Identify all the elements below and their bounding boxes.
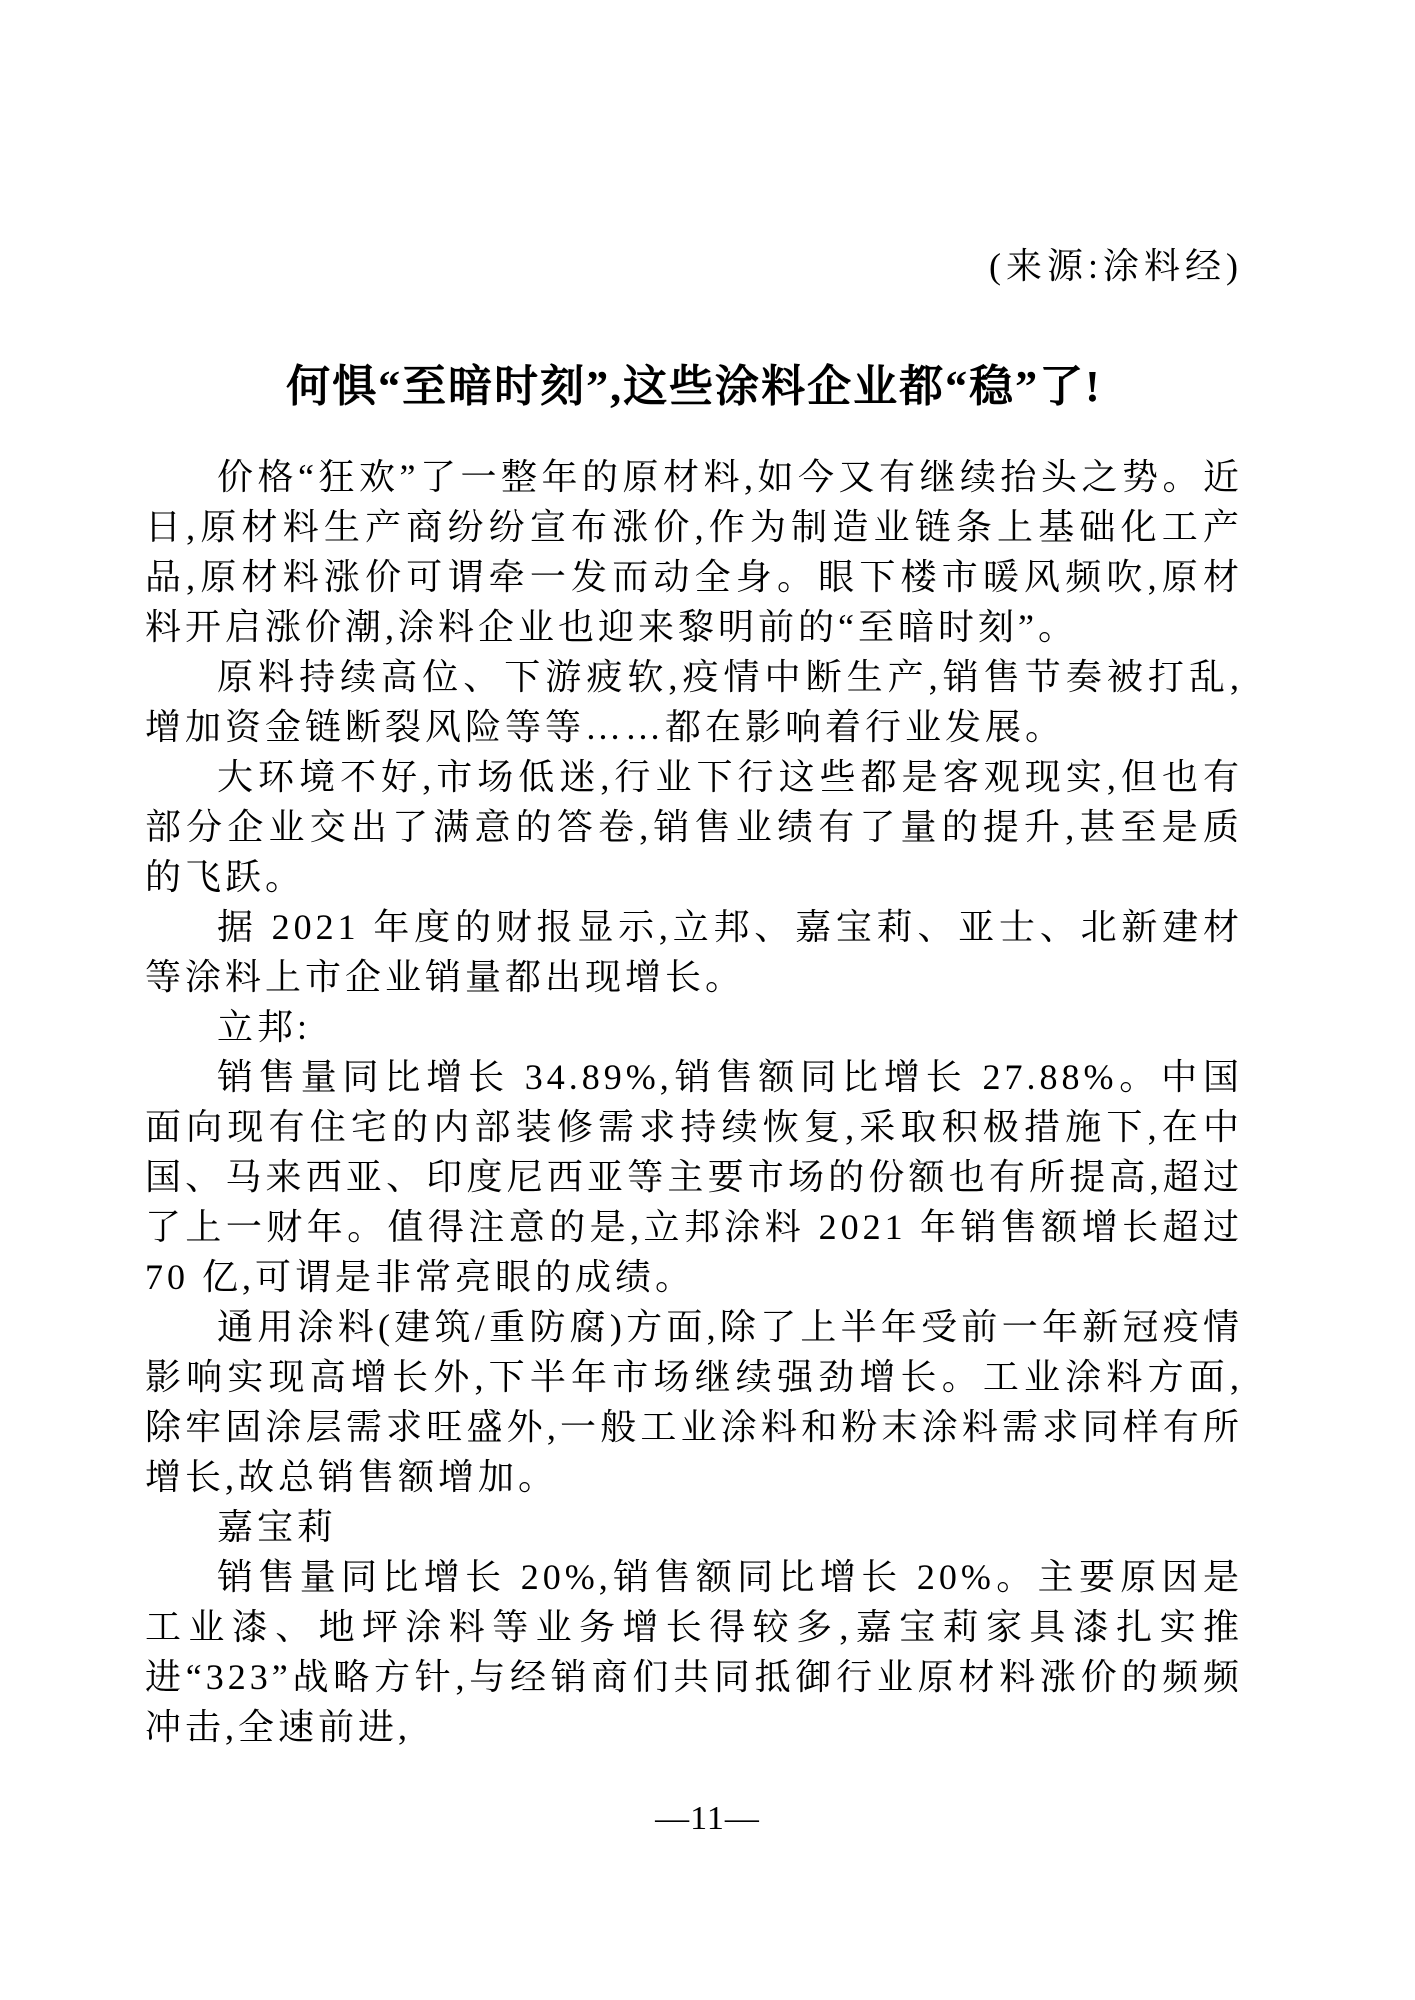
paragraph: 大环境不好,市场低迷,行业下行这些都是客观现实,但也有部分企业交出了满意的答卷,… [145,752,1243,902]
paragraph: 原料持续高位、下游疲软,疫情中断生产,销售节奏被打乱,增加资金链断裂风险等等……… [145,652,1243,752]
paragraph: 通用涂料(建筑/重防腐)方面,除了上半年受前一年新冠疫情影响实现高增长外,下半年… [145,1302,1243,1502]
page-title: 何惧“至暗时刻”,这些涂料企业都“稳”了! [145,350,1243,414]
source-attribution: (来源:涂料经) [989,238,1243,289]
paragraph: 价格“狂欢”了一整年的原材料,如今又有继续抬头之势。近日,原材料生产商纷纷宣布涨… [145,452,1243,652]
paragraph: 据 2021 年度的财报显示,立邦、嘉宝莉、亚士、北新建材等涂料上市企业销量都出… [145,902,1243,1002]
paragraph-subheading-carpoly: 嘉宝莉 [145,1502,1243,1552]
page-number: —11— [0,1800,1415,1838]
document-body: 价格“狂欢”了一整年的原材料,如今又有继续抬头之势。近日,原材料生产商纷纷宣布涨… [145,452,1243,1752]
paragraph-subheading-nippon: 立邦: [145,1002,1243,1052]
paragraph: 销售量同比增长 34.89%,销售额同比增长 27.88%。中国面向现有住宅的内… [145,1052,1243,1302]
document-page: (来源:涂料经) 何惧“至暗时刻”,这些涂料企业都“稳”了! 价格“狂欢”了一整… [0,0,1415,2000]
paragraph: 销售量同比增长 20%,销售额同比增长 20%。主要原因是工业漆、地坪涂料等业务… [145,1552,1243,1752]
